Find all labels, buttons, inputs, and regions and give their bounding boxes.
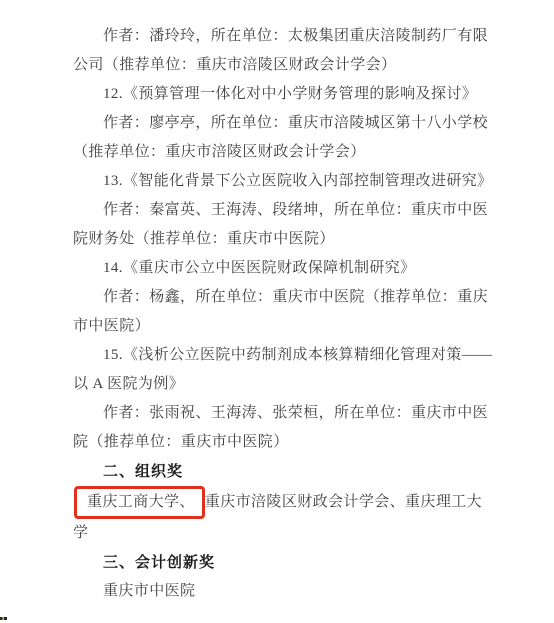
award-entry-line: 13.《智能化背景下公立医院收入内部控制管理改进研究》 bbox=[73, 167, 491, 196]
highlighted-winner-text: 重庆工商大学、 bbox=[87, 494, 195, 510]
award-entry-line: 作者：杨鑫，所在单位：重庆市中医院（推荐单位：重庆 bbox=[73, 283, 491, 312]
section-heading-innovation-award: 三、会计创新奖 bbox=[73, 548, 491, 577]
scan-artifact-mark bbox=[0, 617, 7, 620]
other-winners-text: 重庆市涪陵区财政会计学会、重庆理工大 bbox=[205, 494, 482, 510]
award-entry-line: 12.《预算管理一体化对中小学财务管理的影响及探讨》 bbox=[73, 80, 491, 109]
section-heading-organization-award: 二、组织奖 bbox=[73, 457, 491, 486]
award-entry-line: 公司（推荐单位：重庆市涪陵区财政会计学会） bbox=[73, 51, 491, 80]
red-highlight-box: 重庆工商大学、 bbox=[74, 486, 205, 519]
award-entry-line: 作者：张雨祝、王海涛、张荣桓，所在单位：重庆市中医 bbox=[73, 399, 491, 428]
award-entry-line: 作者：廖亭亭，所在单位：重庆市涪陵城区第十八小学校 bbox=[73, 109, 491, 138]
innovation-award-winner-line: 重庆市中医院 bbox=[73, 577, 491, 606]
award-entry-line: 作者：潘玲玲，所在单位：太极集团重庆涪陵制药厂有限 bbox=[73, 22, 491, 51]
award-entry-line: 作者：秦富英、王海涛、段绪坤，所在单位：重庆市中医 bbox=[73, 196, 491, 225]
award-document-body: 作者：潘玲玲，所在单位：太极集团重庆涪陵制药厂有限 公司（推荐单位：重庆市涪陵区… bbox=[73, 22, 491, 606]
award-entry-line: 院财务处（推荐单位：重庆市中医院） bbox=[73, 225, 491, 254]
award-entry-line: 以 A 医院为例》 bbox=[73, 370, 491, 399]
award-entry-line: 14.《重庆市公立中医医院财政保障机制研究》 bbox=[73, 254, 491, 283]
organization-award-winners-wrap-line: 学 bbox=[73, 519, 491, 548]
organization-award-winners-line: 重庆工商大学、重庆市涪陵区财政会计学会、重庆理工大 bbox=[73, 486, 491, 519]
award-entry-line: 15.《浅析公立医院中药制剂成本核算精细化管理对策—— bbox=[73, 341, 491, 370]
award-entry-line: 院（推荐单位：重庆市中医院） bbox=[73, 428, 491, 457]
document-page: { "page": { "background_color": "#ffffff… bbox=[0, 0, 554, 623]
award-entry-line: （推荐单位：重庆市涪陵区财政会计学会） bbox=[73, 138, 491, 167]
award-entry-line: 市中医院） bbox=[73, 312, 491, 341]
